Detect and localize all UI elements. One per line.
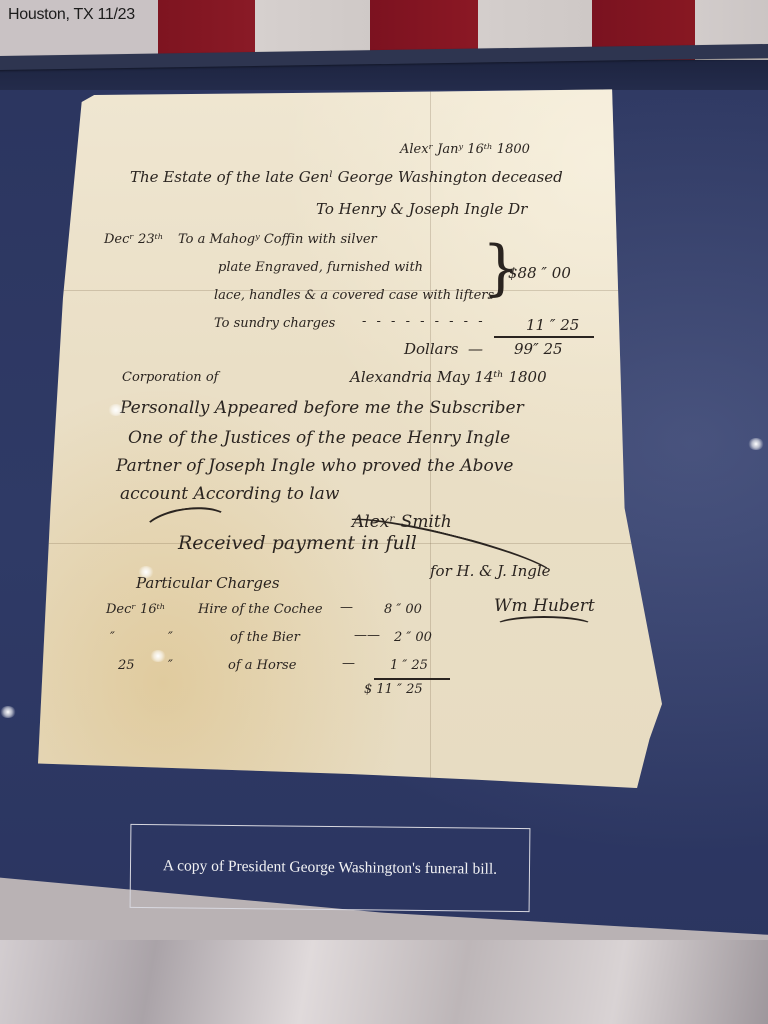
estate-heading: The Estate of the late Genˡ George Washi… — [130, 168, 563, 186]
row-amount: 1 ″ 25 — [390, 658, 428, 673]
row-item: of the Bier — [230, 630, 300, 645]
payee-line: To Henry & Joseph Ingle Dr — [316, 200, 527, 218]
total-label: Dollars — [404, 340, 458, 358]
corporation-label: Corporation of — [122, 370, 218, 385]
total-amount: 99″ 25 — [514, 340, 563, 358]
sum-rule — [494, 336, 594, 338]
sundry-amount: 11 ″ 25 — [526, 316, 579, 334]
dash: —— — [354, 628, 380, 643]
caption-placard: A copy of President George Washington's … — [130, 824, 531, 912]
leader-dashes: - - - - - - - - - — [362, 314, 486, 329]
charge-line-3: lace, handles & a covered case with lift… — [214, 288, 494, 303]
dash: — — [340, 600, 353, 615]
light-reflection — [0, 706, 16, 718]
particular-charges-total: $ 11 ″ 25 — [364, 682, 423, 697]
row-item: of a Horse — [228, 658, 296, 673]
coffin-amount: $88 ″ 00 — [508, 264, 571, 282]
charge-line-1: To a Mahogʸ Coffin with silver — [178, 232, 377, 247]
affidavit-line-3: Partner of Joseph Ingle who proved the A… — [116, 456, 513, 476]
particular-charges-title: Particular Charges — [136, 574, 280, 592]
dash: — — [342, 656, 355, 671]
affidavit-line-1: Personally Appeared before me the Subscr… — [120, 398, 524, 418]
light-reflection — [150, 650, 166, 662]
affidavit-line-2: One of the Justices of the peace Henry I… — [128, 428, 510, 448]
row-ditto: ″ — [168, 658, 173, 673]
signature-flourish — [494, 616, 594, 636]
caption-text: A copy of President George Washington's … — [163, 857, 497, 878]
row-amount: 2 ″ 00 — [394, 630, 432, 645]
funeral-bill-document: Alexʳ Janʸ 16ᵗʰ 1800 The Estate of the l… — [38, 88, 662, 788]
light-reflection — [748, 438, 764, 450]
affidavit-place-date: Alexandria May 14ᵗʰ 1800 — [350, 368, 547, 386]
affidavit-line-4: account According to law — [120, 484, 339, 504]
charge-line-2: plate Engraved, furnished with — [218, 260, 423, 275]
row-date: 25 — [118, 658, 135, 673]
sum-rule — [374, 678, 450, 680]
document-date: Alexʳ Janʸ 16ᵗʰ 1800 — [400, 142, 530, 157]
row-amount: 8 ″ 00 — [384, 602, 422, 617]
light-reflection — [108, 404, 124, 416]
light-reflection — [138, 566, 154, 578]
row-item: Hire of the Cochee — [198, 602, 323, 617]
receipt-signature: Wm Hubert — [494, 596, 595, 616]
row-ditto: ″ — [168, 630, 173, 645]
row-date: ″ — [110, 630, 115, 645]
display-case-glass-reflection — [0, 940, 768, 1024]
row-date: Decʳ 16ᵗʰ — [106, 602, 165, 617]
receipt-per: for H. & J. Ingle — [430, 562, 551, 580]
sundry-charges-label: To sundry charges — [214, 316, 335, 331]
charge-date: Decʳ 23ᵗʰ — [104, 232, 163, 247]
location-date-watermark: Houston, TX 11/23 — [8, 6, 135, 24]
dash: — — [468, 340, 483, 358]
